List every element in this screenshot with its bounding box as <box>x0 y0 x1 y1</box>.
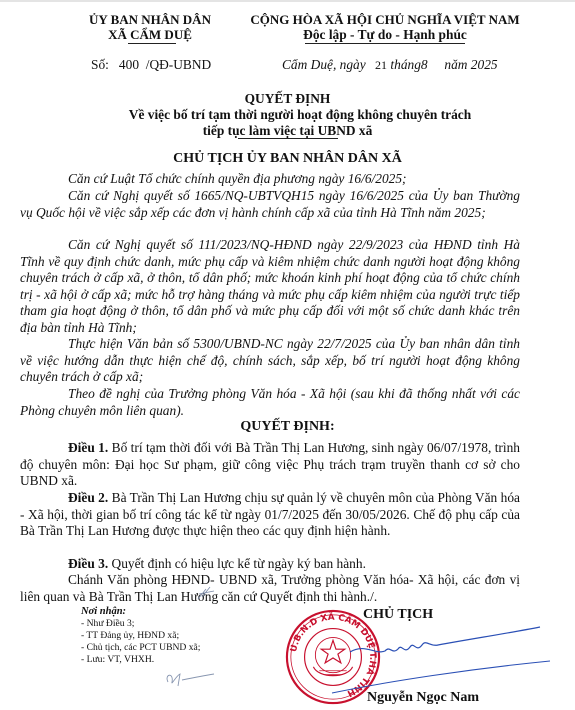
basis-1: Căn cứ Luật Tổ chức chính quyền địa phươ… <box>20 171 520 188</box>
initials-mark-icon <box>196 585 218 601</box>
national-title: CỘNG HÒA XÃ HỘI CHỦ NGHĨA VIỆT NAM <box>250 12 520 27</box>
recipients-block: Nơi nhận: - Như Điều 3; - TT Đảng ủy, HĐ… <box>81 606 200 666</box>
doc-number-label: Số: <box>91 57 109 72</box>
article-3-label: Điều 3. <box>68 556 108 571</box>
article-2-label: Điều 2. <box>68 490 108 505</box>
date-month: 8 <box>421 57 428 72</box>
year-label: năm <box>444 57 467 72</box>
document-number: Số: 400 /QĐ-UBND <box>91 57 211 74</box>
recipient-item: - Chủ tịch, các PCT UBND xã; <box>81 642 200 654</box>
issuing-agency: ỦY BAN NHÂN DÂN XÃ CẨM DUỆ <box>80 12 220 42</box>
agency-underline <box>128 43 176 44</box>
basis-2: Căn cứ Nghị quyết số 1665/NQ-UBTVQH15 ng… <box>20 188 520 221</box>
article-3: Điều 3. Quyết định có hiệu lực kể từ ngà… <box>20 556 520 573</box>
recipient-item: - Lưu: VT, VHXH. <box>81 654 200 666</box>
recipients-label: Nơi nhận: <box>81 606 200 618</box>
staff-initials-icon <box>162 668 216 690</box>
document-subject-line1: Về việc bố trí tạm thời người hoạt động … <box>0 107 575 124</box>
agency-line2: XÃ CẨM DUỆ <box>80 27 220 42</box>
handwritten-signature-icon <box>330 625 575 700</box>
signer-name: Nguyễn Ngọc Nam <box>367 690 479 706</box>
place: Cẩm Duệ, ngày <box>282 57 366 72</box>
date-day: 21 <box>375 58 387 72</box>
basis-4: Thực hiện Văn bản số 5300/UBND-NC ngày 2… <box>20 336 520 386</box>
recipient-item: - Như Điều 3; <box>81 618 200 630</box>
signer-position: CHỦ TỊCH <box>363 607 433 623</box>
date-year: 2025 <box>471 57 498 72</box>
article-2: Điều 2. Bà Trần Thị Lan Hương chịu sự qu… <box>20 490 520 540</box>
month-label: tháng <box>390 57 421 72</box>
doc-number-value: 400 <box>119 57 139 72</box>
agency-line1: ỦY BAN NHÂN DÂN <box>80 12 220 27</box>
authority-heading: CHỦ TỊCH ỦY BAN NHÂN DÂN XÃ <box>0 151 575 167</box>
national-title-block: CỘNG HÒA XÃ HỘI CHỦ NGHĨA VIỆT NAM Độc l… <box>250 12 520 42</box>
basis-5: Theo đề nghị của Trưởng phòng Văn hóa - … <box>20 386 520 419</box>
recipient-item: - TT Đảng ủy, HĐND xã; <box>81 630 200 642</box>
place-date: Cẩm Duệ, ngày 21 tháng8 năm 2025 <box>282 57 498 74</box>
doc-number-suffix: /QĐ-UBND <box>146 57 211 72</box>
execution-clause: Chánh Văn phòng HĐND- UBND xã, Trưởng ph… <box>20 572 520 605</box>
article-3-text: Quyết định có hiệu lực kể từ ngày ký ban… <box>112 556 366 571</box>
subject-underline <box>238 138 338 139</box>
article-1-label: Điều 1. <box>68 440 108 455</box>
article-1: Điều 1. Bố trí tạm thời đối với Bà Trần … <box>20 440 520 490</box>
document-title: QUYẾT ĐỊNH <box>0 91 575 108</box>
motto-underline <box>305 43 465 44</box>
basis-3: Căn cứ Nghị quyết số 111/2023/NQ-HĐND ng… <box>20 237 520 337</box>
decision-heading: QUYẾT ĐỊNH: <box>0 419 575 435</box>
national-motto: Độc lập - Tự do - Hạnh phúc <box>250 27 520 42</box>
page-top-border <box>0 0 575 2</box>
